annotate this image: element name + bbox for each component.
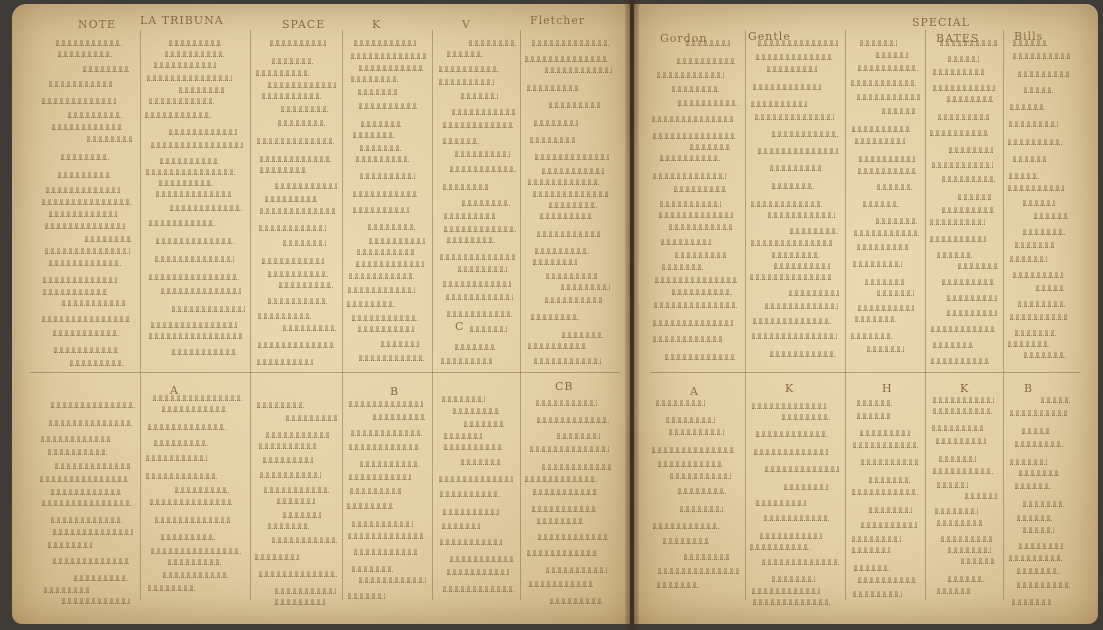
row-divider xyxy=(30,372,620,373)
handwritten-line xyxy=(661,239,711,245)
handwritten-line xyxy=(536,400,597,406)
handwritten-line xyxy=(43,277,117,283)
handwritten-line xyxy=(882,108,914,114)
handwritten-line xyxy=(931,358,989,364)
handwritten-line xyxy=(937,482,968,488)
handwritten-line xyxy=(653,336,722,342)
handwritten-line xyxy=(546,273,597,279)
handwritten-line xyxy=(179,87,224,93)
handwritten-line xyxy=(265,196,317,202)
handwritten-line xyxy=(666,417,715,423)
handwritten-line xyxy=(48,542,92,548)
handwritten-line xyxy=(155,256,234,262)
handwritten-line xyxy=(162,406,225,412)
handwritten-line xyxy=(53,558,129,564)
handwritten-line xyxy=(452,109,515,115)
handwritten-line xyxy=(55,463,130,469)
handwritten-line xyxy=(439,79,493,85)
column-divider xyxy=(1003,30,1004,600)
handwritten-line xyxy=(1036,285,1064,291)
handwritten-line xyxy=(765,466,839,472)
handwritten-line xyxy=(348,287,415,293)
handwritten-line xyxy=(760,533,821,539)
handwritten-line xyxy=(677,58,734,64)
handwritten-line xyxy=(163,572,228,578)
handwritten-line xyxy=(652,447,734,453)
handwritten-line xyxy=(851,80,916,86)
handwritten-line xyxy=(165,51,224,57)
handwritten-line xyxy=(349,444,417,450)
handwritten-line xyxy=(146,169,235,175)
handwritten-line xyxy=(653,523,719,529)
handwritten-line xyxy=(444,444,503,450)
handwritten-line xyxy=(440,491,501,497)
handwritten-line xyxy=(652,116,733,122)
handwritten-line xyxy=(149,98,214,104)
handwritten-line xyxy=(942,176,994,182)
handwritten-line xyxy=(930,236,986,242)
handwritten-line xyxy=(768,212,834,218)
handwritten-line xyxy=(854,565,890,571)
handwritten-line xyxy=(275,599,325,605)
handwritten-line xyxy=(154,62,217,68)
handwritten-line xyxy=(281,106,328,112)
handwritten-line xyxy=(853,261,902,267)
handwritten-line xyxy=(756,431,828,437)
column-heading: K xyxy=(960,382,969,395)
handwritten-line xyxy=(751,101,807,107)
handwritten-line xyxy=(1023,200,1055,206)
handwritten-line xyxy=(653,173,726,179)
handwritten-line xyxy=(658,461,721,467)
handwritten-line xyxy=(49,211,118,217)
column-heading: A xyxy=(690,385,699,398)
handwritten-line xyxy=(1009,555,1062,561)
handwritten-line xyxy=(937,588,970,594)
handwritten-line xyxy=(447,569,509,575)
handwritten-line xyxy=(861,459,917,465)
handwritten-line xyxy=(772,131,838,137)
handwritten-line xyxy=(857,244,907,250)
handwritten-line xyxy=(358,89,397,95)
handwritten-line xyxy=(1013,272,1063,278)
handwritten-line xyxy=(443,509,500,515)
handwritten-line xyxy=(1013,40,1046,46)
handwritten-line xyxy=(533,191,608,197)
handwritten-line xyxy=(654,302,737,308)
handwritten-line xyxy=(260,156,331,162)
handwritten-line xyxy=(562,332,605,338)
handwritten-line xyxy=(533,259,577,265)
handwritten-line xyxy=(1023,527,1054,533)
handwritten-line xyxy=(257,359,313,365)
handwritten-line xyxy=(352,315,418,321)
handwritten-line xyxy=(790,228,839,234)
handwritten-line xyxy=(349,401,423,407)
handwritten-line xyxy=(869,477,909,483)
handwritten-line xyxy=(354,549,416,555)
handwritten-line xyxy=(1013,156,1047,162)
handwritten-line xyxy=(530,137,575,143)
handwritten-line xyxy=(876,52,908,58)
handwritten-line xyxy=(532,40,609,46)
handwritten-line xyxy=(939,456,976,462)
handwritten-line xyxy=(259,443,316,449)
handwritten-line xyxy=(859,156,915,162)
handwritten-line xyxy=(53,529,133,535)
handwritten-line xyxy=(530,446,610,452)
handwritten-line xyxy=(172,306,244,312)
handwritten-line xyxy=(169,40,221,46)
handwritten-line xyxy=(1017,582,1070,588)
handwritten-line xyxy=(49,81,111,87)
handwritten-line xyxy=(961,558,994,564)
handwritten-line xyxy=(439,476,512,482)
handwritten-line xyxy=(851,333,892,339)
handwritten-line xyxy=(146,473,217,479)
column-divider xyxy=(342,30,343,600)
handwritten-line xyxy=(462,200,509,206)
handwritten-line xyxy=(534,120,577,126)
handwritten-line xyxy=(550,598,602,604)
handwritten-line xyxy=(1009,121,1057,127)
handwritten-line xyxy=(877,184,912,190)
column-divider xyxy=(745,30,746,600)
handwritten-line xyxy=(947,96,993,102)
handwritten-line xyxy=(447,51,483,57)
handwritten-line xyxy=(43,289,107,295)
handwritten-line xyxy=(670,473,731,479)
column-divider xyxy=(250,30,251,600)
handwritten-line xyxy=(758,148,839,154)
handwritten-line xyxy=(528,343,585,349)
handwritten-line xyxy=(764,515,829,521)
handwritten-line xyxy=(858,168,917,174)
handwritten-line xyxy=(1012,599,1051,605)
handwritten-line xyxy=(772,252,819,258)
handwritten-line xyxy=(1019,470,1058,476)
open-ledger-photo: NOTE LA TRIBUNA SPACE K V Fletcher A C B… xyxy=(0,0,1103,630)
handwritten-line xyxy=(659,212,732,218)
handwritten-line xyxy=(40,476,128,482)
handwritten-line xyxy=(442,396,484,402)
handwritten-line xyxy=(754,449,828,455)
handwritten-line xyxy=(352,521,414,527)
handwritten-line xyxy=(789,290,839,296)
handwritten-line xyxy=(1008,341,1050,347)
handwritten-line xyxy=(352,566,392,572)
handwritten-line xyxy=(852,547,890,553)
handwritten-line xyxy=(351,53,426,59)
handwritten-line xyxy=(277,498,314,504)
handwritten-line xyxy=(930,130,988,136)
handwritten-line xyxy=(46,187,121,193)
handwritten-line xyxy=(41,436,110,442)
handwritten-line xyxy=(51,489,122,495)
handwritten-line xyxy=(948,547,990,553)
handwritten-line xyxy=(262,93,322,99)
handwritten-line xyxy=(537,231,600,237)
handwritten-line xyxy=(1023,501,1064,507)
handwritten-line xyxy=(663,538,709,544)
handwritten-line xyxy=(54,347,118,353)
column-heading: C xyxy=(455,320,464,333)
handwritten-line xyxy=(49,420,133,426)
handwritten-line xyxy=(470,326,507,332)
column-heading: NOTE xyxy=(78,18,116,31)
handwritten-line xyxy=(942,207,994,213)
handwritten-line xyxy=(542,168,604,174)
handwritten-line xyxy=(877,290,914,296)
column-divider xyxy=(845,30,846,600)
handwritten-line xyxy=(772,576,816,582)
handwritten-line xyxy=(942,279,994,285)
handwritten-line xyxy=(455,151,510,157)
handwritten-line xyxy=(359,65,423,71)
handwritten-line xyxy=(461,93,498,99)
handwritten-line xyxy=(439,66,499,72)
handwritten-line xyxy=(354,40,416,46)
handwritten-line xyxy=(447,237,495,243)
handwritten-line xyxy=(272,537,337,543)
handwritten-line xyxy=(762,559,839,565)
handwritten-line xyxy=(42,98,116,104)
handwritten-line xyxy=(537,417,609,423)
handwritten-line xyxy=(45,223,124,229)
handwritten-line xyxy=(259,571,338,577)
handwritten-line xyxy=(869,507,912,513)
handwritten-line xyxy=(680,506,724,512)
handwritten-line xyxy=(272,58,314,64)
handwritten-line xyxy=(159,180,213,186)
handwritten-line xyxy=(772,183,813,189)
handwritten-line xyxy=(42,199,132,205)
handwritten-line xyxy=(70,360,124,366)
handwritten-line xyxy=(932,162,993,168)
handwritten-line xyxy=(1008,185,1064,191)
handwritten-line xyxy=(359,103,417,109)
handwritten-line xyxy=(1034,213,1068,219)
handwritten-line xyxy=(770,351,837,357)
handwritten-line xyxy=(160,158,218,164)
handwritten-line xyxy=(256,70,310,76)
handwritten-line xyxy=(151,548,241,554)
handwritten-line xyxy=(529,581,593,587)
handwritten-line xyxy=(537,518,582,524)
handwritten-line xyxy=(257,402,304,408)
handwritten-line xyxy=(853,442,917,448)
column-heading: SPACE xyxy=(282,18,325,31)
handwritten-line xyxy=(286,415,338,421)
handwritten-line xyxy=(146,455,207,461)
handwritten-line xyxy=(947,295,997,301)
handwritten-line xyxy=(653,133,735,139)
handwritten-line xyxy=(257,138,334,144)
handwritten-line xyxy=(758,40,838,46)
handwritten-line xyxy=(933,85,995,91)
handwritten-line xyxy=(525,476,597,482)
handwritten-line xyxy=(150,499,232,505)
handwritten-line xyxy=(1010,314,1068,320)
handwritten-line xyxy=(533,489,597,495)
column-divider xyxy=(925,30,926,600)
handwritten-line xyxy=(941,536,992,542)
handwritten-line xyxy=(1008,139,1062,145)
handwritten-line xyxy=(151,142,243,148)
handwritten-line xyxy=(672,289,733,295)
column-heading: K xyxy=(785,382,794,395)
handwritten-line xyxy=(87,136,132,142)
handwritten-line xyxy=(1024,87,1053,93)
handwritten-line xyxy=(260,472,321,478)
handwritten-line xyxy=(442,523,480,529)
handwritten-line xyxy=(270,40,326,46)
handwritten-line xyxy=(752,403,826,409)
handwritten-line xyxy=(458,266,507,272)
handwritten-line xyxy=(534,358,601,364)
handwritten-line xyxy=(860,430,910,436)
handwritten-line xyxy=(58,51,112,57)
handwritten-line xyxy=(542,464,611,470)
handwritten-line xyxy=(440,254,514,260)
handwritten-line xyxy=(149,274,238,280)
handwritten-line xyxy=(441,358,491,364)
handwritten-line xyxy=(45,248,130,254)
handwritten-line xyxy=(937,520,982,526)
handwritten-line xyxy=(750,544,809,550)
handwritten-line xyxy=(258,313,311,319)
handwritten-line xyxy=(453,408,499,414)
handwritten-line xyxy=(535,154,609,160)
handwritten-line xyxy=(260,167,306,173)
handwritten-line xyxy=(266,432,329,438)
handwritten-line xyxy=(861,522,917,528)
handwritten-line xyxy=(1010,410,1067,416)
handwritten-line xyxy=(1015,441,1063,447)
handwritten-line xyxy=(855,138,904,144)
handwritten-line xyxy=(156,238,234,244)
handwritten-line xyxy=(532,506,596,512)
handwritten-line xyxy=(657,72,724,78)
handwritten-line xyxy=(545,297,602,303)
handwritten-line xyxy=(450,166,516,172)
handwritten-line xyxy=(756,54,832,60)
handwritten-line xyxy=(686,40,730,46)
handwritten-line xyxy=(148,585,194,591)
handwritten-line xyxy=(85,236,132,242)
handwritten-line xyxy=(149,220,215,226)
column-heading: SPECIAL xyxy=(912,16,970,29)
handwritten-line xyxy=(755,114,834,120)
handwritten-line xyxy=(268,298,327,304)
handwritten-line xyxy=(531,314,580,320)
handwritten-line xyxy=(444,226,516,232)
handwritten-line xyxy=(753,84,821,90)
handwritten-line xyxy=(62,300,124,306)
handwritten-line xyxy=(958,194,991,200)
handwritten-line xyxy=(348,593,385,599)
handwritten-line xyxy=(545,67,612,73)
handwritten-line xyxy=(283,512,321,518)
handwritten-line xyxy=(931,326,995,332)
handwritten-line xyxy=(853,591,903,597)
handwritten-line xyxy=(958,263,998,269)
handwritten-line xyxy=(784,484,829,490)
handwritten-line xyxy=(170,205,242,211)
handwritten-line xyxy=(161,534,215,540)
handwritten-line xyxy=(933,342,972,348)
handwritten-line xyxy=(657,582,700,588)
handwritten-line xyxy=(937,252,972,258)
handwritten-line xyxy=(443,586,514,592)
handwritten-line xyxy=(443,184,488,190)
handwritten-line xyxy=(669,429,723,435)
handwritten-line xyxy=(1041,397,1070,403)
handwritten-line xyxy=(360,173,415,179)
handwritten-line xyxy=(356,156,409,162)
handwritten-line xyxy=(1015,483,1051,489)
handwritten-line xyxy=(283,325,336,331)
handwritten-line xyxy=(359,577,426,583)
handwritten-line xyxy=(349,474,411,480)
handwritten-line xyxy=(690,144,730,150)
handwritten-line xyxy=(443,281,511,287)
handwritten-line xyxy=(151,322,237,328)
handwritten-line xyxy=(455,344,495,350)
handwritten-line xyxy=(865,279,905,285)
handwritten-line xyxy=(782,414,830,420)
handwritten-line xyxy=(283,240,326,246)
handwritten-line xyxy=(752,588,819,594)
handwritten-line xyxy=(369,238,424,244)
handwritten-line xyxy=(259,225,326,231)
handwritten-line xyxy=(858,577,916,583)
handwritten-line xyxy=(858,65,918,71)
handwritten-line xyxy=(450,556,514,562)
handwritten-line xyxy=(268,271,328,277)
handwritten-line xyxy=(48,449,108,455)
handwritten-line xyxy=(947,310,996,316)
handwritten-line xyxy=(653,320,733,326)
handwritten-line xyxy=(940,40,997,46)
handwritten-line xyxy=(561,284,610,290)
handwritten-line xyxy=(155,517,230,523)
handwritten-line xyxy=(678,488,726,494)
handwritten-line xyxy=(56,40,122,46)
handwritten-line xyxy=(774,263,830,269)
handwritten-line xyxy=(665,354,735,360)
handwritten-line xyxy=(535,248,589,254)
handwritten-line xyxy=(351,430,423,436)
handwritten-line xyxy=(858,305,914,311)
handwritten-line xyxy=(948,576,984,582)
column-heading: H xyxy=(882,382,893,395)
handwritten-line xyxy=(1010,459,1047,465)
handwritten-line xyxy=(260,208,336,214)
handwritten-line xyxy=(349,273,415,279)
handwritten-line xyxy=(658,568,740,574)
handwritten-line xyxy=(938,114,990,120)
handwritten-line xyxy=(52,124,121,130)
handwritten-line xyxy=(61,154,109,160)
handwritten-line xyxy=(447,311,512,317)
handwritten-line xyxy=(275,588,336,594)
handwritten-line xyxy=(148,424,226,430)
handwritten-line xyxy=(549,202,597,208)
handwritten-line xyxy=(935,508,978,514)
handwritten-line xyxy=(1010,256,1047,262)
handwritten-line xyxy=(175,487,229,493)
